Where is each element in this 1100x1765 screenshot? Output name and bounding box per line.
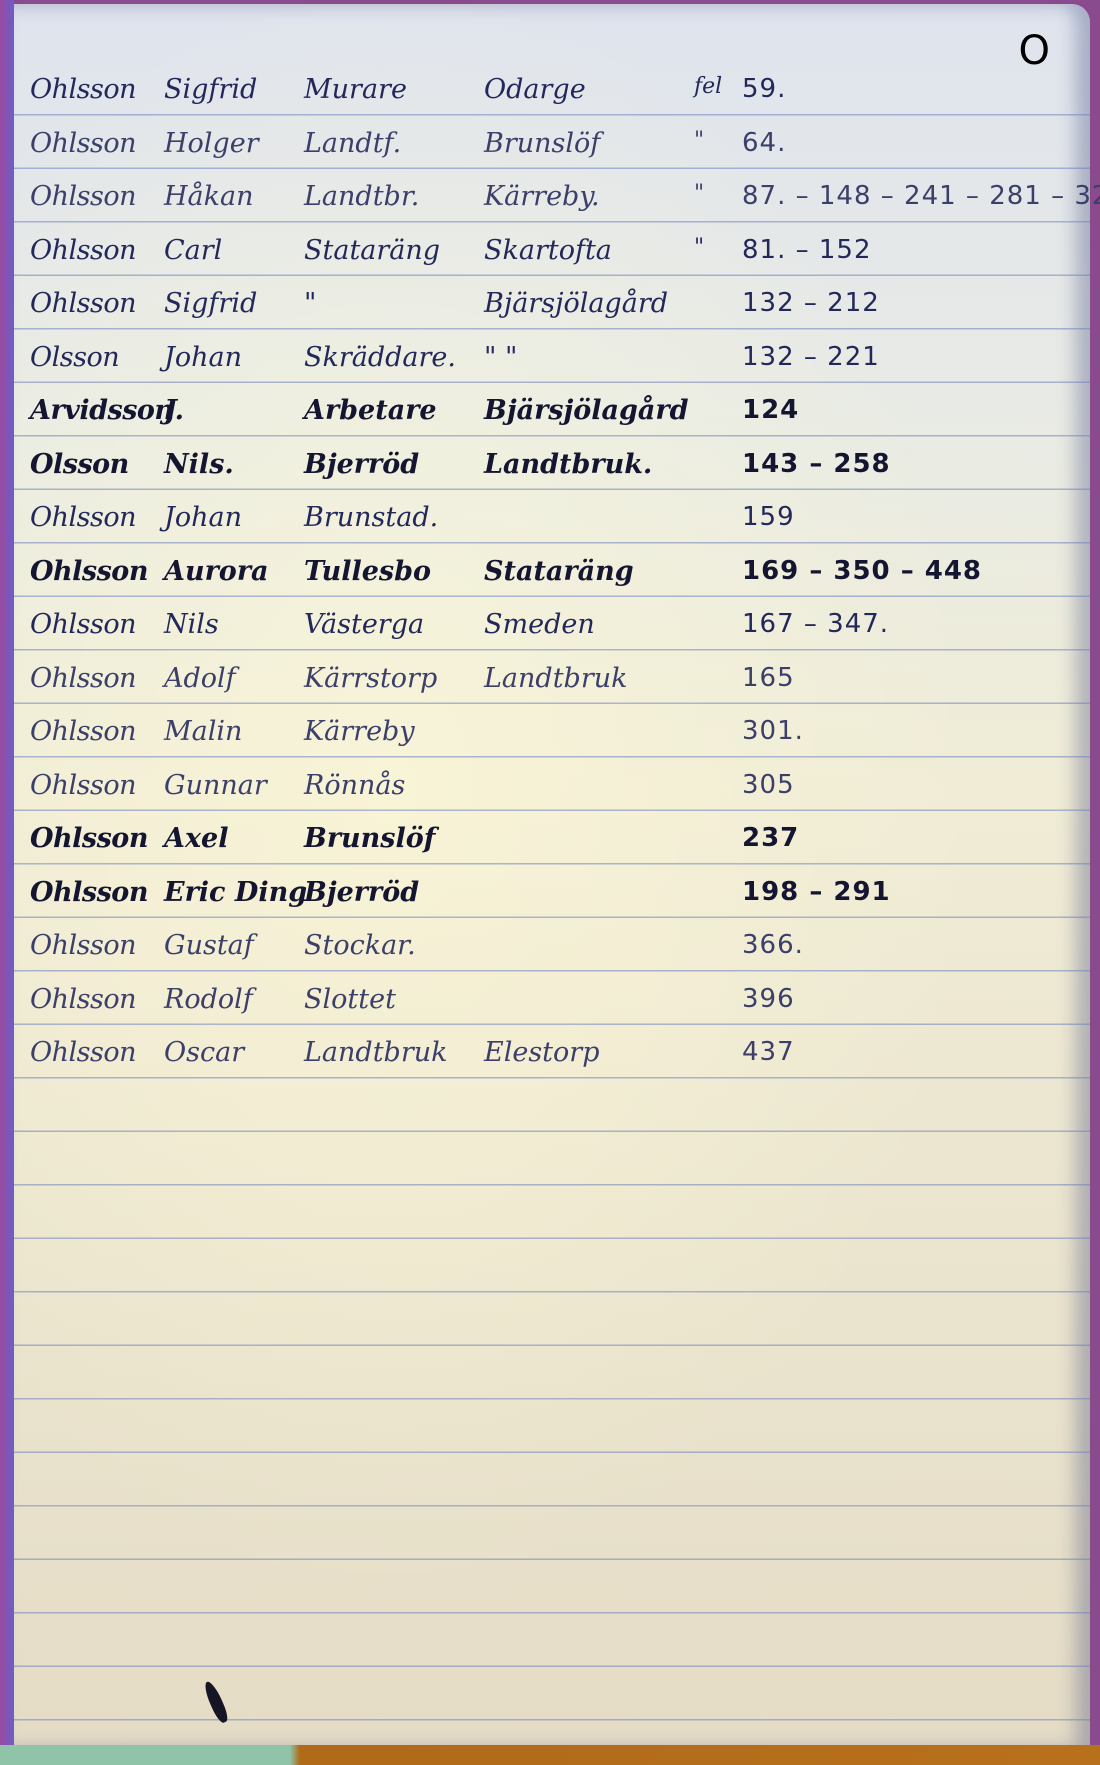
entry-occupation: Murare: [304, 74, 407, 105]
entry-surname: Ohlsson: [30, 984, 165, 1015]
entry-surname: Ohlsson: [30, 716, 165, 747]
register-entry: Olsson Johan Skräddare. " " 132 – 221: [14, 332, 1090, 386]
entry-surname: Ohlsson: [30, 128, 165, 159]
entry-surname: Olsson: [30, 342, 165, 373]
entry-given-name: Carl: [164, 235, 222, 266]
entry-surname: Ohlsson: [30, 1037, 165, 1068]
entry-surname: Ohlsson: [30, 823, 165, 854]
entry-surname: Olsson: [30, 449, 165, 480]
entry-surname: Ohlsson: [30, 663, 165, 694]
entry-place: " ": [484, 342, 517, 373]
book-binding-edge: [0, 0, 14, 1765]
entry-given-name: Adolf: [164, 663, 236, 694]
entry-given-name: Johan: [164, 502, 242, 533]
entry-page-refs: 169 – 350 – 448: [742, 556, 982, 586]
entry-page-refs: 124: [742, 395, 799, 425]
entry-surname: Ohlsson: [30, 556, 165, 587]
register-entry: Ohlsson Holger Landtf. Brunslöf " 64.: [14, 118, 1090, 172]
entry-page-refs: 64.: [742, 128, 786, 158]
entry-occupation: Brunstad.: [304, 502, 438, 533]
entry-given-name: Rodolf: [164, 984, 253, 1015]
entry-page-refs: 132 – 221: [742, 342, 880, 372]
entry-given-name: Malin: [164, 716, 242, 747]
entry-given-name: Oscar: [164, 1037, 244, 1068]
entry-page-refs: 165: [742, 663, 795, 693]
entry-place: Elestorp: [484, 1037, 599, 1068]
register-entry: Ohlsson Malin Kärreby 301.: [14, 706, 1090, 760]
entry-place: Landtbruk.: [484, 449, 652, 480]
register-entry: Ohlsson Rodolf Slottet 396: [14, 974, 1090, 1028]
desk-surface: [0, 1745, 1100, 1765]
entry-given-name: Sigfrid: [164, 74, 257, 105]
entry-given-name: Gunnar: [164, 770, 267, 801]
register-entry: Ohlsson Gunnar Rönnås 305: [14, 760, 1090, 814]
entry-given-name: J.: [164, 395, 184, 426]
entry-page-refs: 132 – 212: [742, 288, 880, 318]
entry-surname: Ohlsson: [30, 609, 165, 640]
entry-surname: Ohlsson: [30, 181, 165, 212]
entry-surname: Ohlsson: [30, 235, 165, 266]
entry-page-refs: 59.: [742, 74, 786, 104]
entry-surname: Ohlsson: [30, 74, 165, 105]
entry-occupation: Stataräng: [304, 235, 440, 266]
register-entry: Ohlsson Oscar Landtbruk Elestorp 437: [14, 1027, 1090, 1081]
entry-given-name: Sigfrid: [164, 288, 257, 319]
entry-occupation: Kärreby: [304, 716, 415, 747]
entry-page-refs: 437: [742, 1037, 795, 1067]
entry-page-refs: 301.: [742, 716, 804, 746]
register-entry: Ohlsson Adolf Kärrstorp Landtbruk 165: [14, 653, 1090, 707]
entry-given-name: Johan: [164, 342, 242, 373]
entry-surname: Ohlsson: [30, 877, 165, 908]
entry-surname: Ohlsson: [30, 502, 165, 533]
register-entries: Ohlsson Sigfrid Murare Odarge fel 59. Oh…: [14, 64, 1090, 1081]
entry-page-refs: 396: [742, 984, 795, 1014]
entry-occupation: Arbetare: [304, 395, 437, 426]
entry-occupation: Rönnås: [304, 770, 405, 801]
entry-occupation: ": [304, 288, 316, 319]
entry-occupation: Bjerröd: [304, 449, 419, 480]
entry-place: Bjärsjölagård: [484, 395, 689, 426]
entry-place: Landtbruk: [484, 663, 628, 694]
entry-occupation: Skräddare.: [304, 342, 456, 373]
register-entry: Ohlsson Håkan Landtbr. Kärreby. " 87. – …: [14, 171, 1090, 225]
entry-given-name: Holger: [164, 128, 259, 159]
register-entry: Ohlsson Axel Brunslöf 237: [14, 813, 1090, 867]
entry-occupation: Landtbruk: [304, 1037, 448, 1068]
entry-given-name: Nils: [164, 609, 219, 640]
register-entry: Olsson Nils. Bjerröd Landtbruk. 143 – 25…: [14, 439, 1090, 493]
entry-occupation: Stockar.: [304, 930, 416, 961]
entry-surname: Arvidsson: [30, 395, 165, 426]
entry-place: Kärreby.: [484, 181, 600, 212]
entry-place: Skartofta: [484, 235, 612, 266]
register-entry: Arvidsson J. Arbetare Bjärsjölagård 124: [14, 385, 1090, 439]
entry-mark: ": [694, 181, 704, 206]
entry-page-refs: 81. – 152: [742, 235, 872, 265]
register-entry: Ohlsson Aurora Tullesbo Stataräng 169 – …: [14, 546, 1090, 600]
entry-page-refs: 198 – 291: [742, 877, 891, 907]
register-entry: Ohlsson Carl Stataräng Skartofta " 81. –…: [14, 225, 1090, 279]
entry-given-name: Nils.: [164, 449, 234, 480]
entry-page-refs: 167 – 347.: [742, 609, 889, 639]
entry-occupation: Landtf.: [304, 128, 401, 159]
entry-page-refs: 237: [742, 823, 799, 853]
entry-mark: fel: [694, 74, 722, 99]
entry-place: Bjärsjölagård: [484, 288, 668, 319]
ledger-page: O Ohlsson Sigfrid Murare Odarge fel 59. …: [14, 4, 1090, 1749]
entry-page-refs: 159: [742, 502, 795, 532]
entry-place: Odarge: [484, 74, 586, 105]
entry-given-name: Axel: [164, 823, 228, 854]
entry-place: Brunslöf: [484, 128, 600, 159]
register-entry: Ohlsson Sigfrid " Bjärsjölagård 132 – 21…: [14, 278, 1090, 332]
entry-place: Stataräng: [484, 556, 634, 587]
entry-page-refs: 143 – 258: [742, 449, 891, 479]
entry-mark: ": [694, 128, 704, 153]
entry-page-refs: 366.: [742, 930, 804, 960]
entry-place: Smeden: [484, 609, 595, 640]
entry-occupation: Landtbr.: [304, 181, 419, 212]
entry-page-refs: 87. – 148 – 241 – 281 – 325 – 356: [742, 181, 1100, 211]
entry-given-name: Gustaf: [164, 930, 254, 961]
entry-surname: Ohlsson: [30, 288, 165, 319]
register-entry: Ohlsson Nils Västerga Smeden 167 – 347.: [14, 599, 1090, 653]
entry-occupation: Västerga: [304, 609, 424, 640]
entry-given-name: Håkan: [164, 181, 254, 212]
entry-surname: Ohlsson: [30, 930, 165, 961]
entry-occupation: Brunslöf: [304, 823, 435, 854]
entry-occupation: Bjerröd: [304, 877, 419, 908]
register-entry: Ohlsson Johan Brunstad. 159: [14, 492, 1090, 546]
entry-given-name: Aurora: [164, 556, 269, 587]
entry-occupation: Kärrstorp: [304, 663, 437, 694]
entry-surname: Ohlsson: [30, 770, 165, 801]
register-entry: Ohlsson Sigfrid Murare Odarge fel 59.: [14, 64, 1090, 118]
entry-given-name: Eric Ding: [164, 877, 307, 908]
entry-mark: ": [694, 235, 704, 260]
register-entry: Ohlsson Eric Ding Bjerröd 198 – 291: [14, 867, 1090, 921]
entry-occupation: Slottet: [304, 984, 396, 1015]
register-entry: Ohlsson Gustaf Stockar. 366.: [14, 920, 1090, 974]
entry-occupation: Tullesbo: [304, 556, 431, 587]
entry-page-refs: 305: [742, 770, 795, 800]
